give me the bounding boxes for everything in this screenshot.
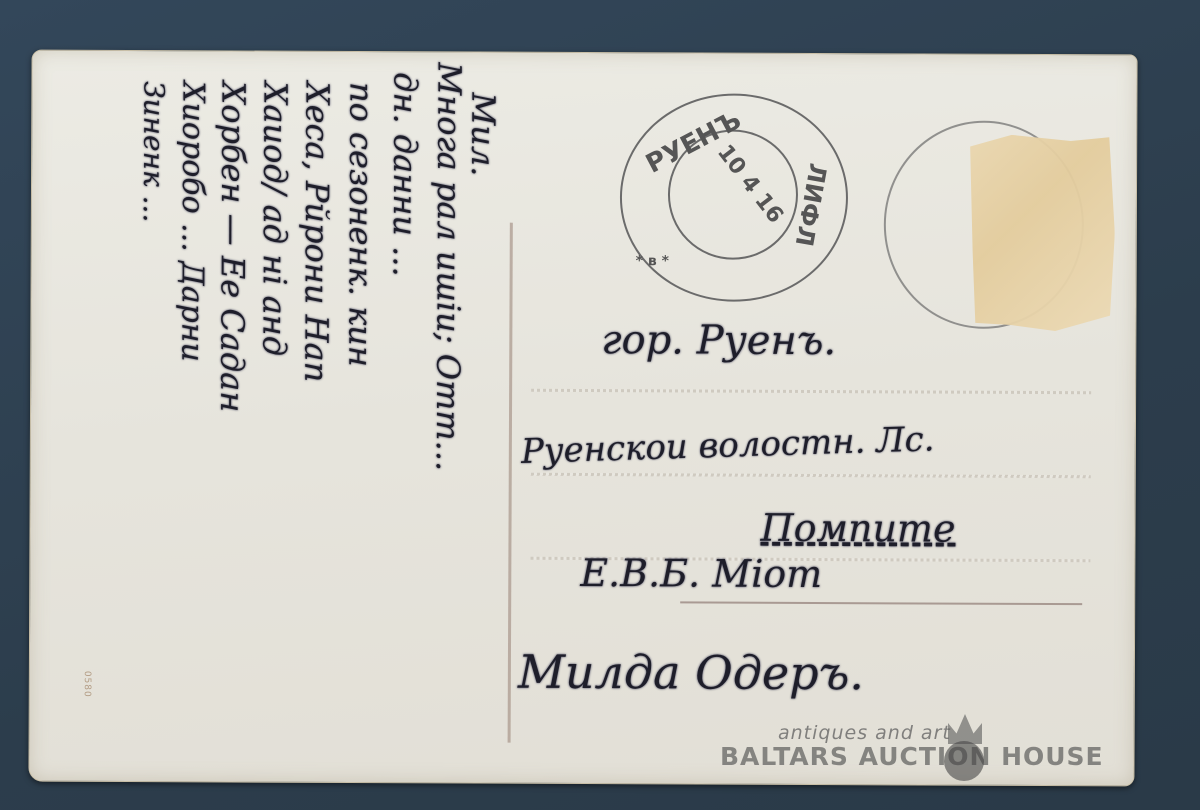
postmark-bottom: * в * <box>636 253 669 269</box>
message-line: Хеса, Рйрони Нап <box>297 82 336 383</box>
torn-stamp-remnant <box>966 135 1115 332</box>
address-line <box>531 473 1091 478</box>
watermark-brand: BALTARS AUCTION HOUSE <box>720 742 1104 771</box>
address-line-5: Милда Одеръ. <box>518 645 864 701</box>
message-line: по сезоненк. кин <box>341 82 380 367</box>
message-line: Хорбен — Ее Садан <box>213 81 252 412</box>
watermark-tagline: antiques and art <box>778 722 951 744</box>
message-line: Мил. <box>464 92 502 176</box>
postcard: РУЕНЪ 10 4 16 ЛИФЛ * в * гор. Руенъ. Руе… <box>28 50 1137 787</box>
address-line <box>531 389 1091 394</box>
message-line: дн. данни ... <box>386 72 425 277</box>
address-line-2: Руенскои волостн. Лс. <box>520 419 935 472</box>
message-line: Хаиод/ ад ні анд <box>255 82 294 357</box>
printed-card-number: 0580 <box>82 671 92 698</box>
address-line <box>680 601 1082 605</box>
message-line: Многа рал ишіи; Отт... <box>429 62 469 471</box>
address-line-1: гор. Руенъ. <box>601 317 836 364</box>
message-line: Зиненк ... <box>137 81 171 222</box>
message-line: Хиоробо ... Дарни <box>174 81 210 362</box>
address-line-4: Е.В.Б. Міот <box>580 551 822 596</box>
address-line-3: Помпите <box>760 506 955 551</box>
card-divider-line <box>508 223 513 743</box>
